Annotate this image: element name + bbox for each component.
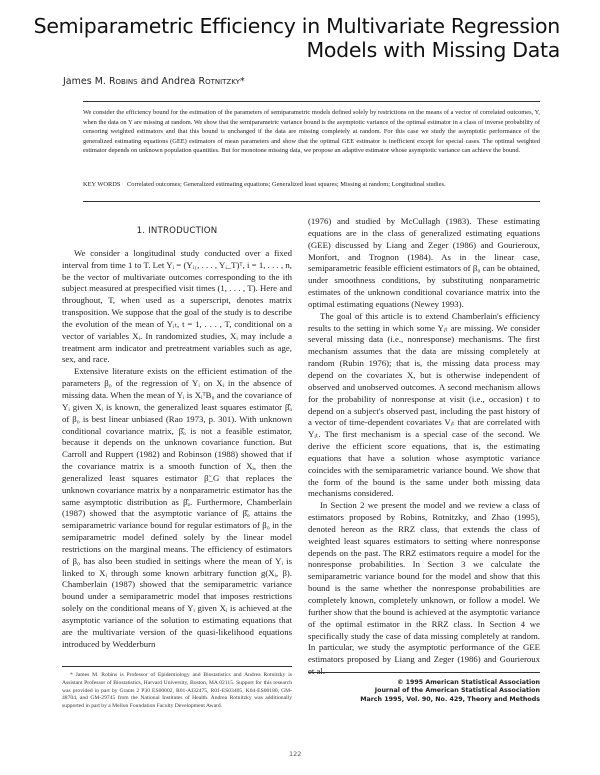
title-line-1: Semiparametric Efficiency in Multivariat…: [34, 14, 560, 38]
body-paragraph: (1976) and studied by McCullagh (1983). …: [308, 216, 540, 311]
body-paragraph: In Section 2 we present the model and we…: [308, 500, 540, 678]
keywords: KEY WORDS Correlated outcomes; Generaliz…: [83, 180, 540, 190]
author-1-first: James M.: [63, 76, 109, 87]
author-line: James M. Robins and Andrea Rotnitzky*: [63, 76, 245, 87]
copyright-rule: [308, 672, 540, 673]
left-column: 1. INTRODUCTION We consider a longitudin…: [62, 226, 292, 651]
keywords-list: Correlated outcomes; Generalized estimat…: [127, 180, 446, 190]
paper-title: Semiparametric Efficiency in Multivariat…: [34, 14, 560, 62]
abstract-text: We consider the efficiency bound for the…: [83, 109, 540, 154]
copyright-line: © 1995 American Statistical Association: [360, 679, 540, 687]
body-paragraph: Extensive literature exists on the effic…: [62, 366, 292, 650]
issue-info: March 1995, Vol. 90, No. 429, Theory and…: [360, 696, 540, 704]
footnote-rule: [62, 666, 292, 667]
keywords-label: KEY WORDS: [83, 180, 127, 190]
page-number: 122: [289, 750, 301, 758]
abstract: We consider the efficiency bound for the…: [83, 108, 540, 156]
journal-name: Journal of the American Statistical Asso…: [360, 687, 540, 695]
right-column: (1976) and studied by McCullagh (1983). …: [308, 216, 540, 678]
author-footnote: * James M. Robins is Professor of Epidem…: [62, 672, 292, 711]
author-2-last: Rotnitzky: [198, 76, 239, 87]
footnote-text: * James M. Robins is Professor of Epidem…: [62, 672, 292, 711]
abstract-top-rule: [83, 101, 540, 102]
body-paragraph: We consider a longitudinal study conduct…: [62, 248, 292, 366]
footnote-marker: *: [240, 76, 245, 87]
section-heading-introduction: 1. INTRODUCTION: [62, 226, 292, 238]
body-paragraph: The goal of this article is to extend Ch…: [308, 311, 540, 501]
author-1-last: Robins: [109, 76, 138, 87]
abstract-bottom-rule: [83, 201, 540, 202]
copyright-block: © 1995 American Statistical Association …: [360, 679, 540, 704]
author-conjunction: and Andrea: [138, 76, 199, 87]
title-line-2: Models with Missing Data: [34, 38, 560, 62]
